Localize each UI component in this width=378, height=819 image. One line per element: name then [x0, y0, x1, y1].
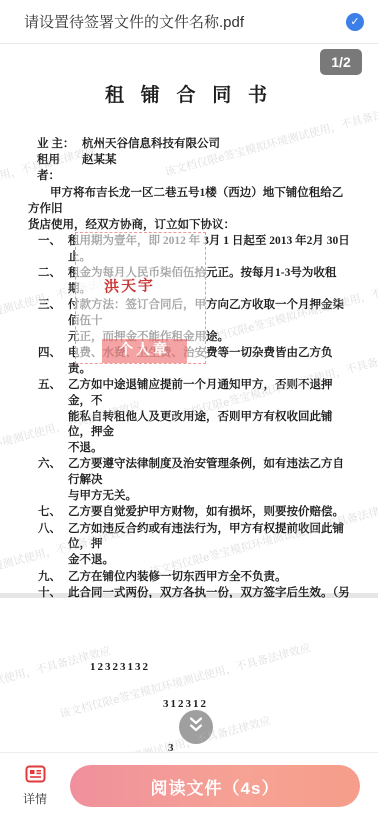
clause-7-text: 乙方要自觉爱护甲方财物，如有损坏，则要按价赔偿。 [68, 505, 350, 521]
esign-document-preview-screen: 请设置待签署文件的文件名称.pdf ✓ 1/2 租 铺 合 同 书 业 主： 杭… [0, 0, 378, 819]
file-name-title: 请设置待签署文件的文件名称.pdf [24, 11, 346, 32]
read-file-countdown-button[interactable]: 阅读文件（4s） [70, 765, 360, 807]
party-block: 业 主： 杭州天谷信息科技有限公司 租用者： 赵某某 [28, 137, 350, 184]
tenant-row: 租用者： 赵某某 [28, 153, 350, 185]
clause-8: 八、 乙方如违反合约或有违法行为，甲方有权提前收回此铺位，押 金不退。 [28, 522, 350, 569]
handwritten-signature[interactable]: 洪天宇 [104, 274, 156, 297]
detail-button[interactable]: 详情 [18, 765, 52, 807]
clause-2-number: 二、 [38, 266, 68, 298]
owner-value: 杭州天谷信息科技有限公司 [82, 137, 220, 153]
tenant-label: 租用者： [37, 153, 82, 185]
clause-8-text: 乙方如违反合约或有违法行为，甲方有权提前收回此铺位，押 金不退。 [68, 522, 350, 569]
detail-document-icon [25, 765, 46, 788]
owner-row: 业 主： 杭州天谷信息科技有限公司 [28, 137, 350, 153]
double-chevron-down-icon [187, 716, 205, 739]
clause-7: 七、 乙方要自觉爱护甲方财物，如有损坏，则要按价赔偿。 [28, 505, 350, 521]
owner-label: 业 主： [37, 137, 82, 153]
clause-6-text: 乙方要遵守法律制度及治安管理条例，如有违法乙方自行解决 与甲方无关。 [68, 457, 350, 504]
clause-9: 九、 乙方在铺位内装修一切东西甲方全不负责。 [28, 570, 350, 586]
contract-intro: 甲方将布吉长龙一区二巷五号1楼（西边）地下铺位租给乙方作旧 货店使用，经双方协商… [28, 186, 350, 233]
clause-3-number: 三、 [38, 298, 68, 345]
pdf-page-1: 租 铺 合 同 书 业 主： 杭州天谷信息科技有限公司 租用者： 赵某某 甲方将… [0, 44, 378, 593]
clause-8-number: 八、 [38, 522, 68, 569]
clause-9-number: 九、 [38, 570, 68, 586]
clause-4-number: 四、 [38, 346, 68, 378]
clause-5-text: 乙方如中途退铺应提前一个月通知甲方，否则不退押金，不 能私自转租他人及更改用途，… [68, 378, 350, 457]
clause-6: 六、 乙方要遵守法律制度及治安管理条例，如有违法乙方自行解决 与甲方无关。 [28, 457, 350, 504]
page2-number-partial: 3 [168, 742, 174, 752]
clause-5: 五、 乙方如中途退铺应提前一个月通知甲方，否则不退押金，不 能私自转租他人及更改… [28, 378, 350, 457]
clause-7-number: 七、 [38, 505, 68, 521]
check-circle-icon[interactable]: ✓ [346, 13, 364, 31]
scroll-to-bottom-button[interactable] [179, 710, 213, 744]
detail-button-label: 详情 [23, 790, 47, 807]
bottom-action-bar: 详情 阅读文件（4s） [0, 752, 378, 819]
clause-1-number: 一、 [38, 234, 68, 266]
header: 请设置待签署文件的文件名称.pdf ✓ [0, 0, 378, 44]
page2-number-row-1: 12323132 [90, 661, 150, 673]
clause-5-number: 五、 [38, 378, 68, 457]
tenant-value: 赵某某 [82, 153, 117, 185]
clause-6-number: 六、 [38, 457, 68, 504]
clause-9-text: 乙方在铺位内装修一切东西甲方全不负责。 [68, 570, 350, 586]
page-indicator-badge: 1/2 [320, 49, 362, 75]
signature-placement-box[interactable]: 洪天宇 个人章 [75, 232, 206, 364]
personal-seal-stamp[interactable]: 个人章 [102, 339, 187, 363]
document-viewer[interactable]: 租 铺 合 同 书 业 主： 杭州天谷信息科技有限公司 租用者： 赵某某 甲方将… [0, 44, 378, 752]
page2-number-row-2: 312312 [163, 698, 208, 710]
contract-title: 租 铺 合 同 书 [28, 44, 350, 108]
pdf-page-2: 12323132 312312 3 [0, 598, 378, 752]
